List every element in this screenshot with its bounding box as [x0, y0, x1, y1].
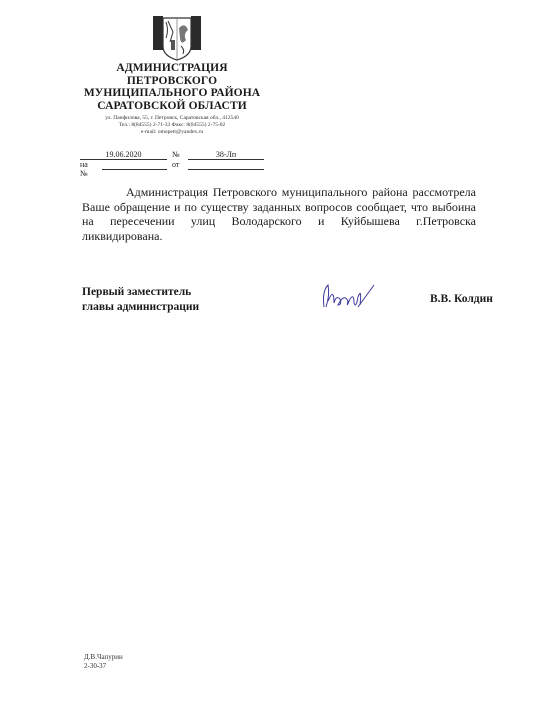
org-line: САРАТОВСКОЙ ОБЛАСТИ — [72, 100, 272, 113]
address: ул. Панфилова, 55, г. Петровск, Саратовс… — [72, 115, 272, 122]
org-line: МУНИЦИПАЛЬНОГО РАЙОНА — [72, 87, 272, 100]
handwritten-signature-icon — [318, 281, 378, 311]
number-field: 38-Лп — [188, 150, 264, 160]
from-label: от — [172, 160, 179, 169]
phone-fax: Тел.: 8(84555) 2-71-33 Факс: 8(84555) 2-… — [72, 122, 272, 129]
contact-info: ул. Панфилова, 55, г. Петровск, Саратовс… — [72, 115, 272, 136]
org-line: АДМИНИСТРАЦИЯ — [72, 62, 272, 75]
title-line: Первый заместитель — [82, 285, 199, 300]
email: e-mail: omopetr@yandex.ru — [72, 129, 272, 136]
from-field — [188, 160, 264, 170]
body-paragraph: Администрация Петровского муниципального… — [82, 185, 476, 243]
executor-name: Д.В.Чапурин — [84, 653, 123, 662]
signatory-title: Первый заместитель главы администрации — [82, 285, 199, 315]
executor-phone: 2-30-37 — [84, 662, 123, 671]
ref-label: на № — [80, 160, 88, 178]
ref-field — [102, 160, 167, 170]
number-label: № — [172, 150, 180, 159]
date-field: 19.06.2020 — [80, 150, 167, 160]
coat-of-arms-icon — [153, 16, 201, 62]
organization-name: АДМИНИСТРАЦИЯ ПЕТРОВСКОГО МУНИЦИПАЛЬНОГО… — [72, 62, 272, 112]
signatory-name: В.В. Колдин — [430, 293, 493, 305]
letter-body: Администрация Петровского муниципального… — [82, 185, 476, 243]
title-line: главы администрации — [82, 300, 199, 315]
org-line: ПЕТРОВСКОГО — [72, 75, 272, 88]
executor-info: Д.В.Чапурин 2-30-37 — [84, 653, 123, 671]
